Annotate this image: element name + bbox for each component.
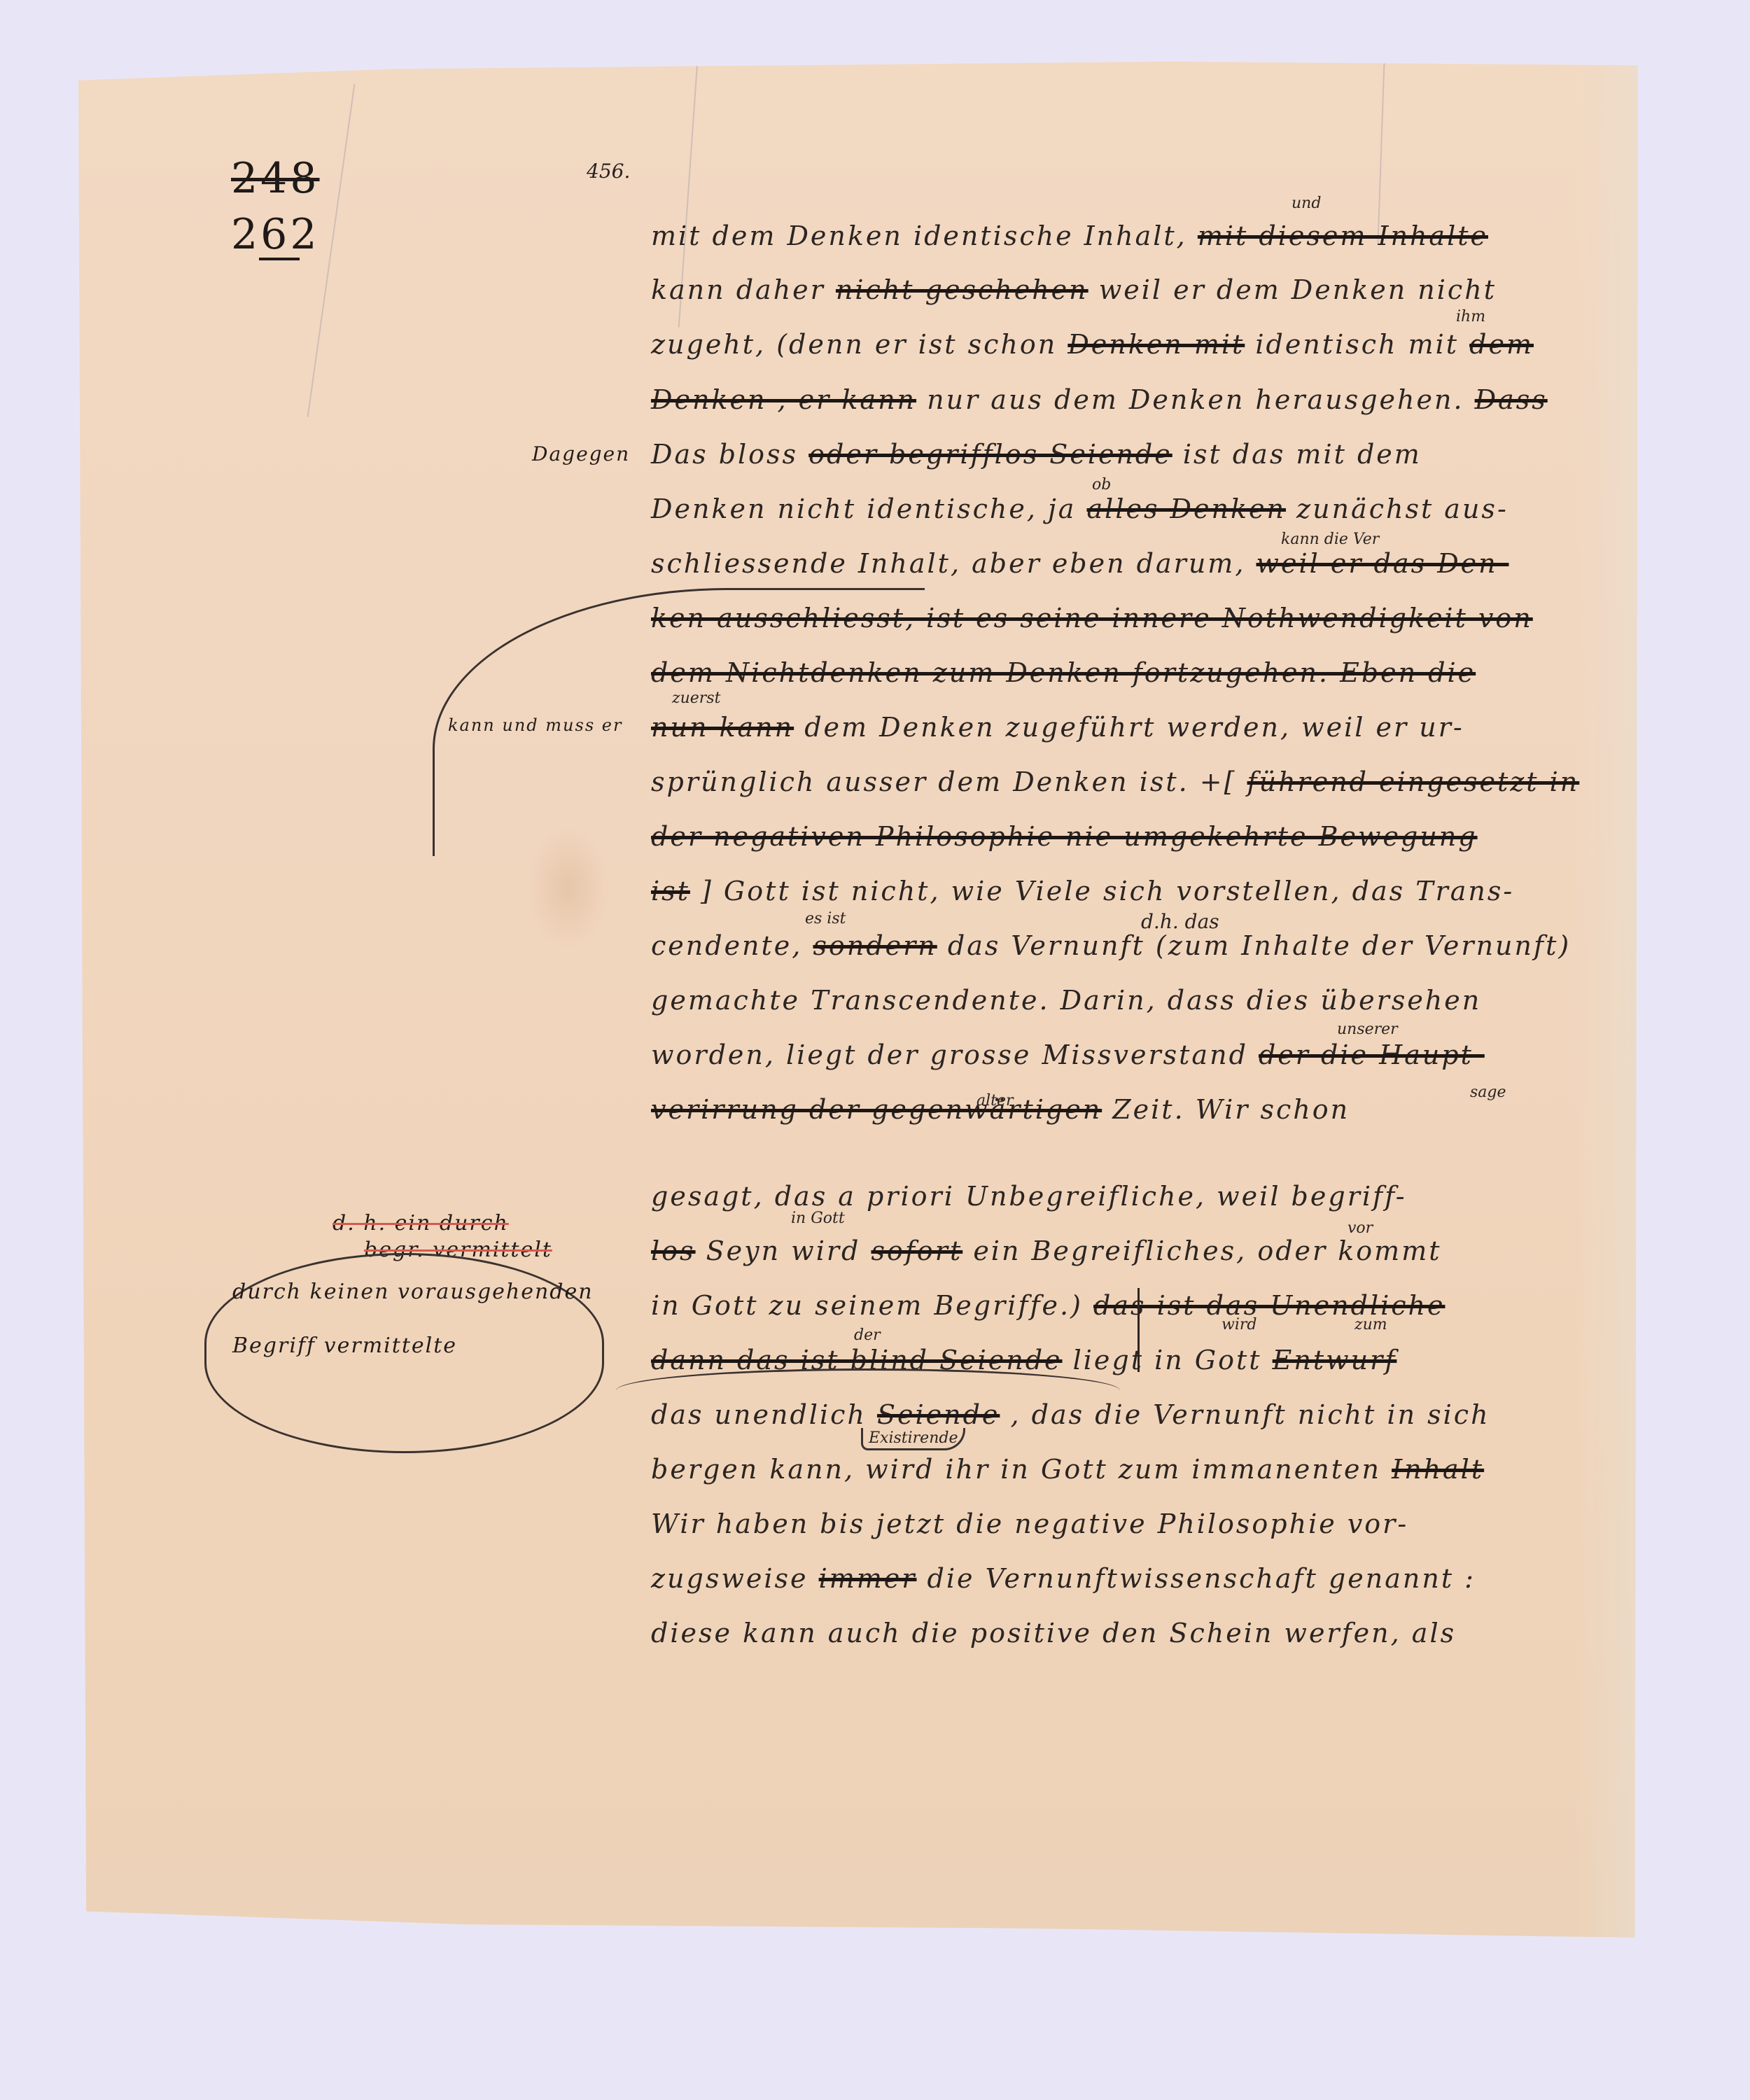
line-text: nur aus dem Denken herausgehen. — [927, 384, 1464, 415]
text-line-9: dem Nichtdenken zum Denken fortzugehen. … — [651, 659, 1589, 686]
deleted-text: Seiende — [877, 1399, 1000, 1430]
line-text: weil er dem Denken nicht — [1099, 274, 1497, 305]
insertion: ob — [1092, 476, 1111, 493]
deleted-text: der negativen Philosophie nie umgekehrte… — [651, 821, 1478, 852]
text-line-12: der negativen Philosophie nie umgekehrte… — [651, 823, 1589, 850]
line-text: Denken nicht identische, ja — [651, 493, 1076, 524]
line-text: ] Gott ist nicht, wie Viele sich vorstel… — [701, 876, 1514, 906]
line-text: die Vernunftwissenschaft genannt : — [927, 1563, 1476, 1594]
line-text: kann daher — [651, 274, 825, 305]
deleted-text: Entwurf — [1273, 1345, 1397, 1375]
insertion: sage — [1470, 1084, 1506, 1101]
line-text: cendente, — [651, 930, 802, 961]
deleted-text: dann das ist blind Seiende — [651, 1345, 1063, 1375]
deleted-text: sofort — [871, 1235, 962, 1266]
deleted-text: der die Haupt- — [1259, 1039, 1485, 1070]
text-line-10: nun kann dem Denken zugeführt werden, we… — [651, 714, 1589, 741]
deleted-text: weil er das Den- — [1256, 548, 1509, 579]
deleted-text: Dass — [1475, 384, 1548, 415]
text-line-24: Wir haben bis jetzt die negative Philoso… — [651, 1511, 1589, 1537]
text-line-7: schliessende Inhalt, aber eben darum, we… — [651, 550, 1589, 577]
folio-underline — [259, 258, 300, 260]
text-line-3: zugeht, (denn er ist schon Denken mit id… — [651, 331, 1589, 358]
folio-number-current: 262 — [231, 210, 320, 259]
margin-note-red-struck-2: begr. vermittelt — [364, 1238, 552, 1262]
deleted-text: nun kann — [651, 712, 794, 743]
insertion: zum — [1354, 1316, 1387, 1333]
insertion: Existirende — [861, 1428, 965, 1450]
line-text: dem Denken zugeführt werden, weil er ur- — [804, 712, 1464, 743]
deleted-text: das ist das Unendliche — [1093, 1290, 1445, 1321]
margin-note-bubble-line-1: durch keinen vorausgehenden — [232, 1280, 594, 1304]
text-line-19: los Seyn wird sofort ein Begreifliches, … — [651, 1238, 1589, 1264]
text-line-8: ken ausschliesst, ist es seine innere No… — [651, 605, 1589, 631]
line-text: diese kann auch die positive den Schein … — [651, 1618, 1456, 1648]
deleted-text: immer — [819, 1563, 917, 1594]
line-text: ein Begreifliches, oder kommt — [973, 1235, 1441, 1266]
deleted-text: ken ausschliesst, ist es seine innere No… — [651, 603, 1533, 633]
paper-crease — [1377, 62, 1385, 244]
line-text: das Vernunft (zum Inhalte der Vernunft) — [948, 930, 1571, 961]
deleted-text: oder begrifflos Seiende — [808, 439, 1172, 470]
text-line-13: ist ] Gott ist nicht, wie Viele sich vor… — [651, 878, 1589, 904]
page-number: 456. — [587, 160, 630, 183]
line-text: ist das mit dem — [1183, 439, 1422, 470]
line-text: zunächst aus- — [1296, 493, 1508, 524]
insertion: kann die Ver — [1281, 531, 1379, 548]
text-line-4: Denken , er kann nur aus dem Denken hera… — [651, 386, 1589, 413]
line-text: identisch mit — [1255, 329, 1459, 360]
deleted-text: mit diesem Inhalte — [1198, 220, 1488, 251]
deleted-text: ist — [651, 876, 690, 906]
text-line-22: das unendlich Seiende , das die Vernunft… — [651, 1401, 1589, 1428]
line-text: bergen kann, wird ihr in Gott zum immane… — [651, 1454, 1381, 1485]
margin-note-bubble-line-2: Begriff vermittelte — [232, 1333, 457, 1358]
deleted-text: sondern — [813, 930, 937, 961]
insertion: der — [854, 1326, 881, 1344]
line-text: gemachte Transcendente. Darin, dass dies… — [651, 985, 1481, 1016]
deleted-text: Inhalt — [1392, 1454, 1484, 1485]
insertion: alter — [976, 1092, 1014, 1109]
text-line-17: verirrung der gegenwärtigen Zeit. Wir sc… — [651, 1096, 1589, 1123]
text-line-14: cendente, sondern das Vernunft (zum Inha… — [651, 932, 1589, 959]
text-line-16: worden, liegt der grosse Missverstand de… — [651, 1042, 1589, 1068]
deleted-text: dem Nichtdenken zum Denken fortzugehen. … — [651, 657, 1476, 688]
insertion: ihm — [1456, 308, 1485, 325]
margin-note-red-struck-1: d. h. ein durch — [332, 1211, 509, 1235]
text-line-1: mit dem Denken identische Inhalt, mit di… — [651, 223, 1589, 249]
deleted-text: verirrung der gegenwärtigen — [651, 1094, 1102, 1125]
line-text: Wir haben bis jetzt die negative Philoso… — [651, 1508, 1408, 1539]
insertion: wird — [1221, 1316, 1256, 1333]
insertion: es ist — [805, 910, 846, 927]
text-line-15: gemachte Transcendente. Darin, dass dies… — [651, 987, 1589, 1014]
line-text: das unendlich — [651, 1399, 867, 1430]
text-line-6: Denken nicht identische, ja alles Denken… — [651, 496, 1589, 522]
line-text: sprünglich ausser dem Denken ist. +[ — [651, 766, 1236, 797]
text-line-5: Das bloss oder begrifflos Seiende ist da… — [651, 441, 1589, 468]
insertion: in Gott — [791, 1210, 845, 1227]
folio-number-struck: 248 — [231, 154, 320, 203]
insertion: d.h. das — [1141, 910, 1219, 933]
line-text: Das bloss — [651, 439, 798, 470]
margin-note-dagegen: Dagegen — [532, 442, 630, 465]
text-line-2: kann daher nicht geschehen weil er dem D… — [651, 276, 1589, 303]
text-line-23: bergen kann, wird ihr in Gott zum immane… — [651, 1456, 1589, 1483]
line-text: gesagt, das a priori Unbegreifliche, wei… — [651, 1181, 1407, 1212]
line-text: liegt in Gott — [1073, 1345, 1262, 1375]
paper-stain — [526, 825, 610, 951]
text-line-18: gesagt, das a priori Unbegreifliche, wei… — [651, 1183, 1589, 1210]
line-text: Zeit. Wir schon — [1112, 1094, 1350, 1125]
text-line-25: zugsweise immer die Vernunftwissenschaft… — [651, 1565, 1589, 1592]
text-line-26: diese kann auch die positive den Schein … — [651, 1620, 1589, 1646]
line-text: schliessende Inhalt, aber eben darum, — [651, 548, 1245, 579]
text-line-11: sprünglich ausser dem Denken ist. +[ füh… — [651, 769, 1589, 795]
deleted-text: nicht geschehen — [836, 274, 1088, 305]
deleted-text: Denken mit — [1067, 329, 1245, 360]
text-line-20: in Gott zu seinem Begriffe.) das ist das… — [651, 1292, 1589, 1319]
line-text: worden, liegt der grosse Missverstand — [651, 1039, 1248, 1070]
text-line-21: dann das ist blind Seiende liegt in Gott… — [651, 1347, 1589, 1373]
deleted-text: alles Denken — [1087, 493, 1286, 524]
line-text: Seyn wird — [706, 1235, 861, 1266]
insertion: zuerst — [672, 689, 720, 707]
line-text: zugsweise — [651, 1563, 808, 1594]
line-text: in Gott zu seinem Begriffe.) — [651, 1290, 1083, 1321]
deleted-text: Denken , er kann — [651, 384, 916, 415]
insertion: vor — [1347, 1219, 1373, 1237]
deleted-text: los — [651, 1235, 696, 1266]
deleted-text: führend eingesetzt in — [1247, 766, 1580, 797]
insertion: und — [1291, 195, 1321, 212]
line-text: mit dem Denken identische Inhalt, — [651, 220, 1187, 251]
margin-note-kann-und-muss: kann und muss er — [448, 715, 622, 735]
insertion: unserer — [1337, 1021, 1398, 1038]
deleted-text: dem — [1469, 329, 1534, 360]
line-text: zugeht, (denn er ist schon — [651, 329, 1057, 360]
line-text: , das die Vernunft nicht in sich — [1011, 1399, 1490, 1430]
